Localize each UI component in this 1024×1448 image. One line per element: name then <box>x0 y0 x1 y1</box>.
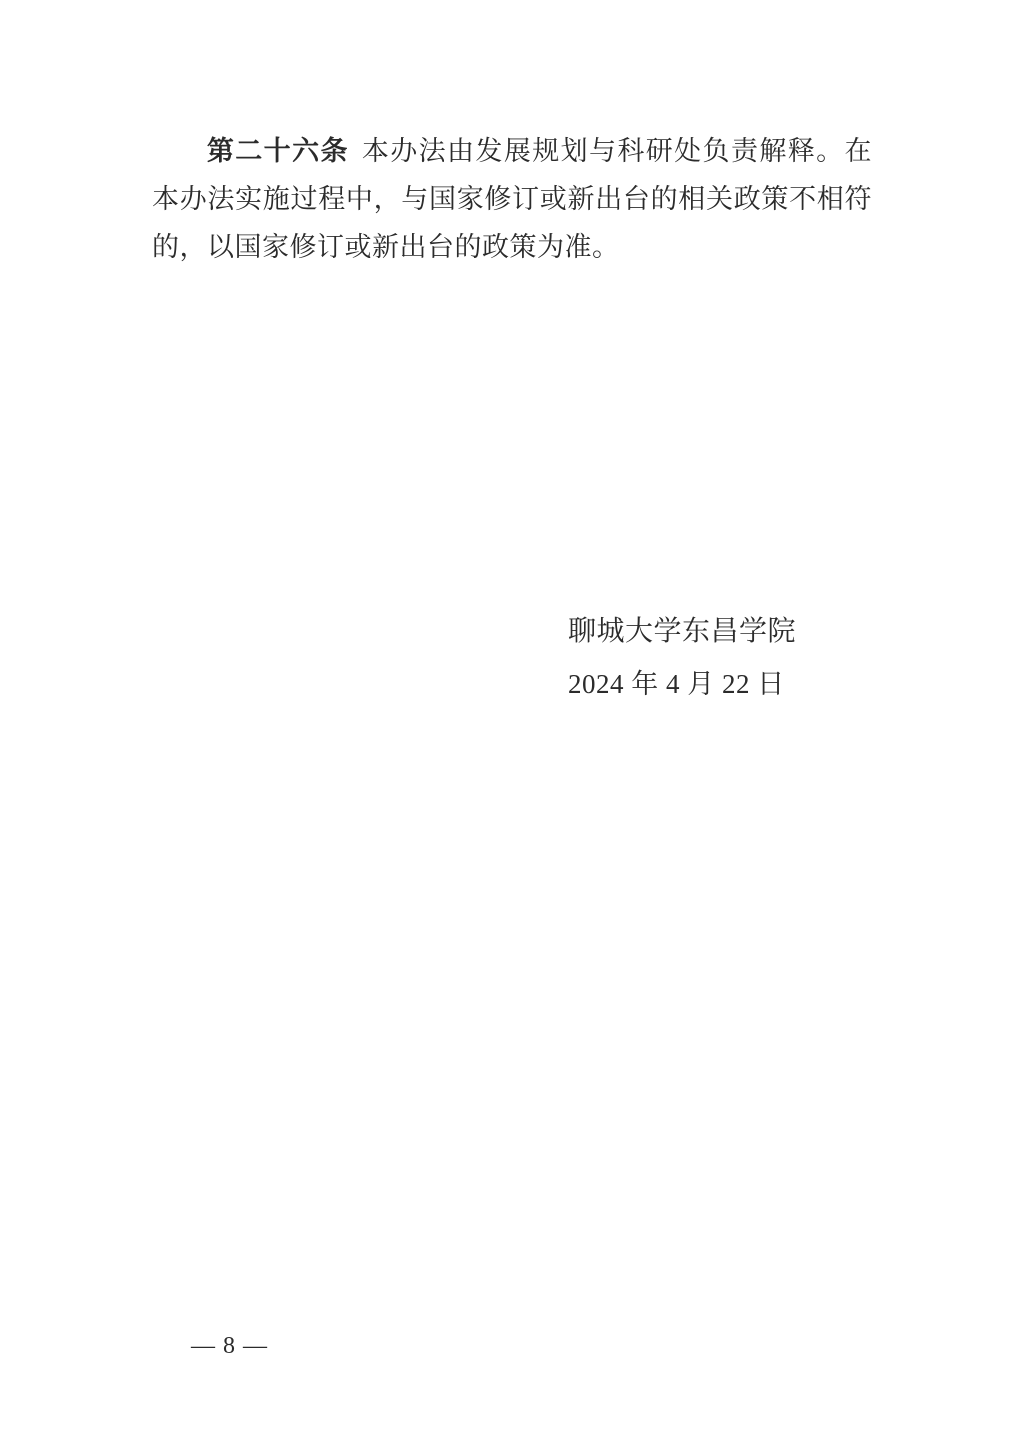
paragraph-line-3: 的，以国家修订或新出台的政策为准。 <box>152 223 872 271</box>
paragraph-line-1: 第二十六条本办法由发展规划与科研处负责解释。在 <box>152 127 872 175</box>
signature-date: 2024 年 4 月 22 日 <box>568 658 796 710</box>
paragraph-text-line-2: 本办法实施过程中，与国家修订或新出台的相关政策不相符 <box>152 184 872 214</box>
first-line-indent <box>152 159 206 160</box>
paragraph-text-line-3: 的，以国家修订或新出台的政策为准。 <box>152 232 620 262</box>
signature-organization: 聊城大学东昌学院 <box>568 606 796 658</box>
article-paragraph: 第二十六条本办法由发展规划与科研处负责解释。在 本办法实施过程中，与国家修订或新… <box>152 127 872 271</box>
paragraph-text-line-1: 本办法由发展规划与科研处负责解释。在 <box>362 136 872 166</box>
document-page: 第二十六条本办法由发展规划与科研处负责解释。在 本办法实施过程中，与国家修订或新… <box>0 0 1024 1448</box>
page-number: — 8 — <box>191 1332 268 1360</box>
paragraph-line-2: 本办法实施过程中，与国家修订或新出台的相关政策不相符 <box>152 175 872 223</box>
signature-block: 聊城大学东昌学院 2024 年 4 月 22 日 <box>568 606 796 710</box>
clause-number-label: 第二十六条 <box>206 136 349 166</box>
